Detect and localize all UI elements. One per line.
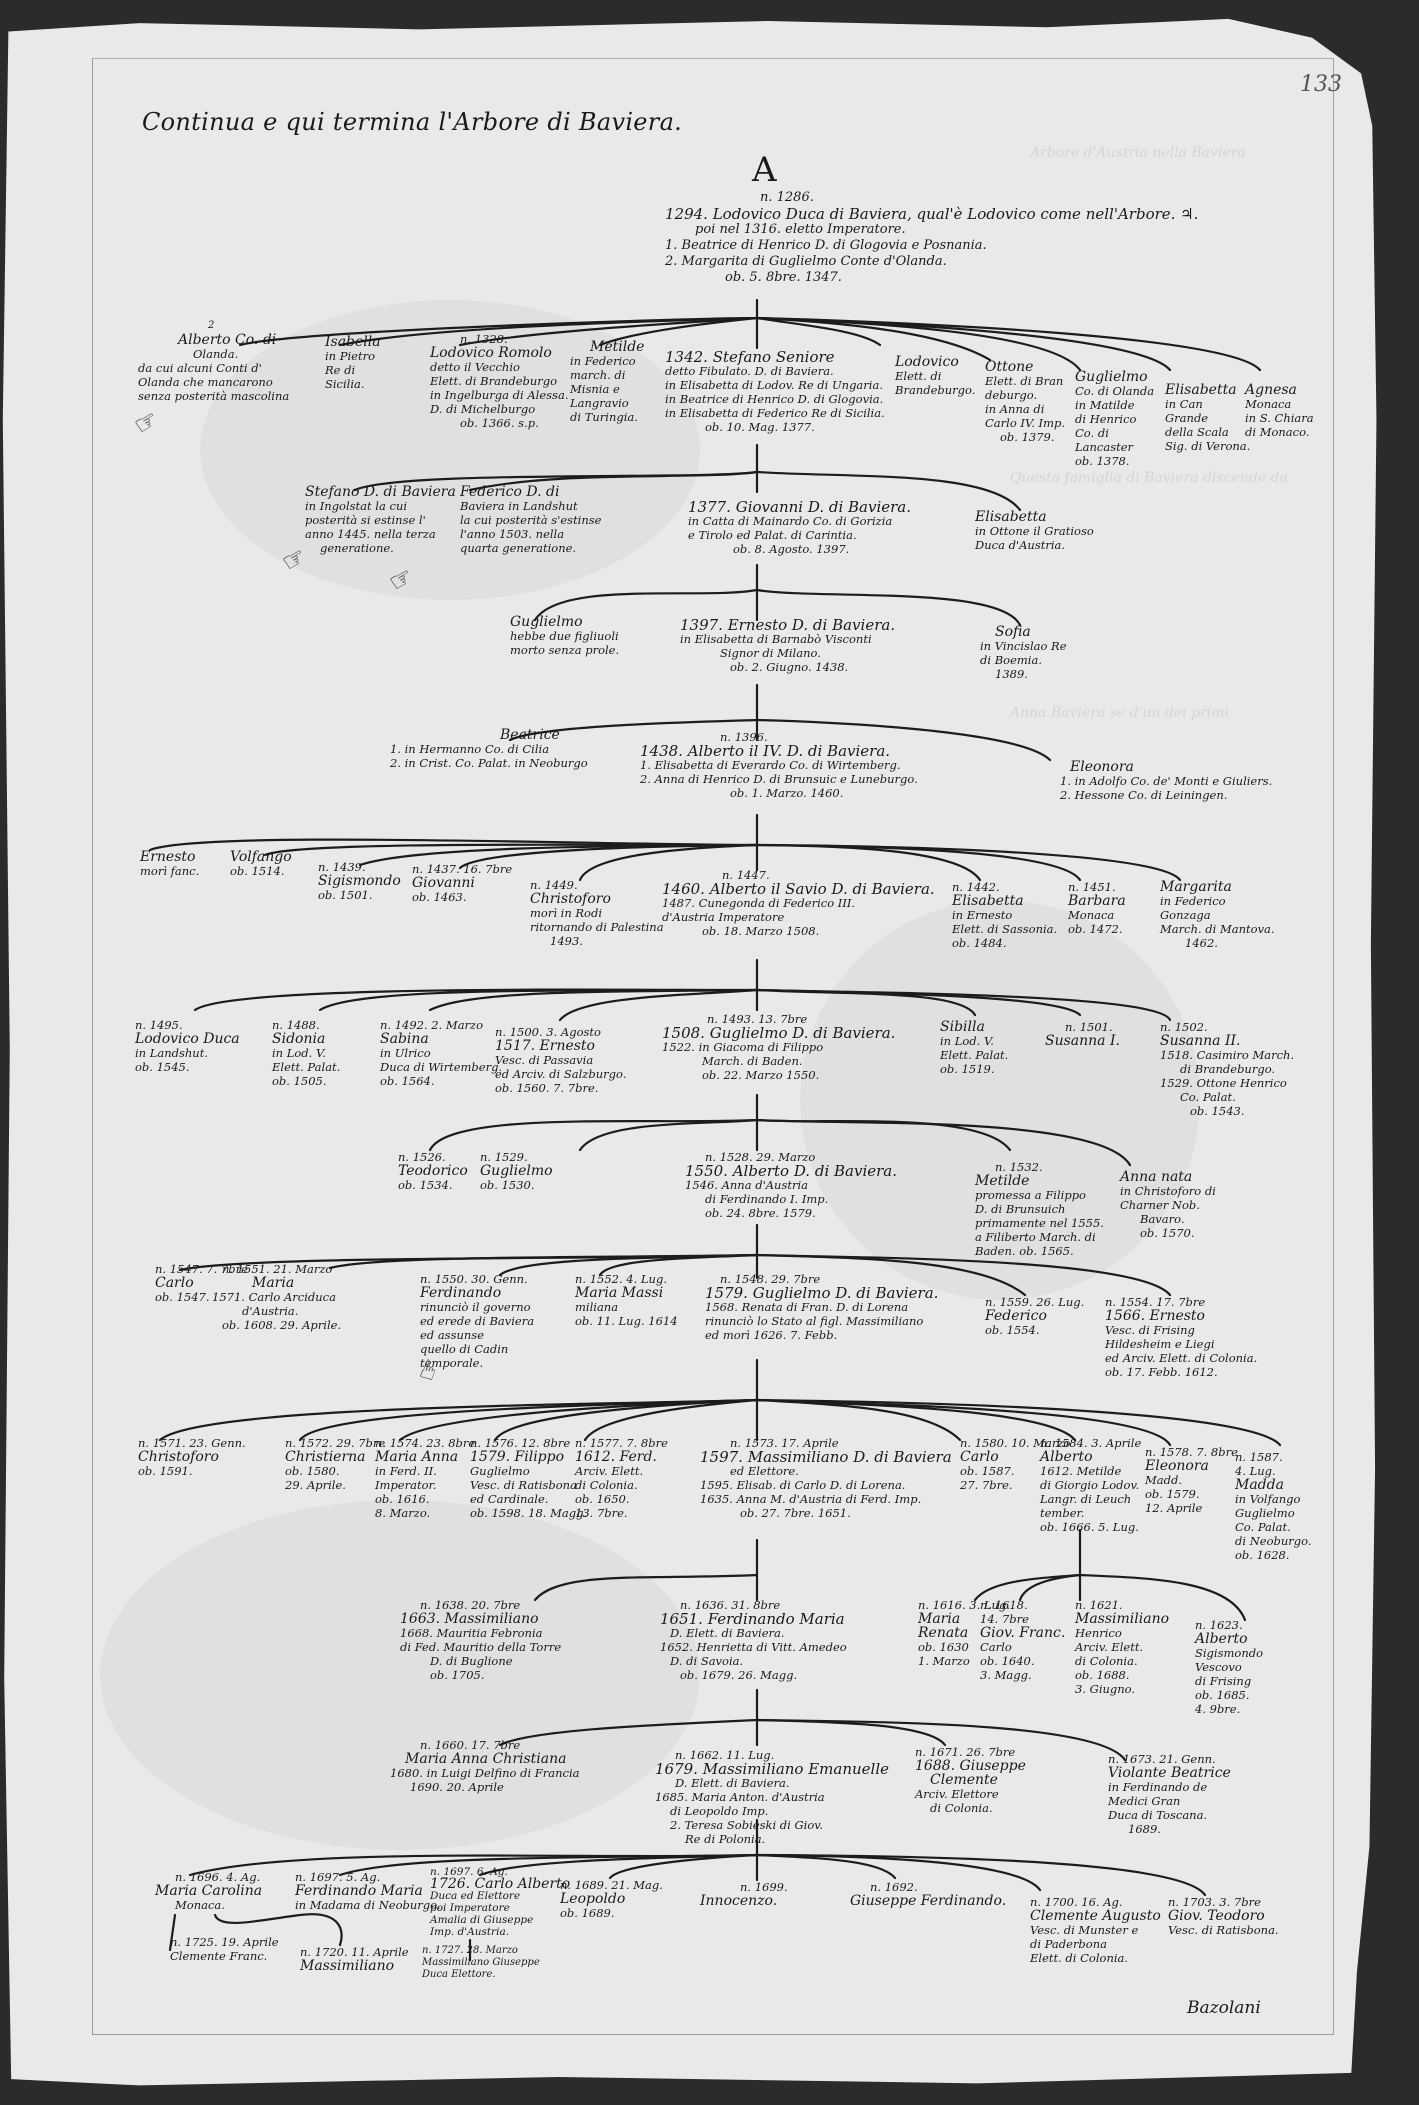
tree-node-christoforo: n. 1449. Christoforo morì in Rodi ritorn… — [530, 878, 664, 948]
tree-node-lodovico-brandeburgo: Lodovico Elett. di Brandeburgo. — [895, 355, 975, 397]
tree-node-susanna-i: n. 1501. Susanna I. — [1045, 1020, 1120, 1048]
tree-node-isabella: Isabella in Pietro Re di Sicilia. — [325, 335, 381, 391]
tree-node-ferdinando-maria: n. 1636. 31. 8bre 1651. Ferdinando Maria… — [660, 1598, 847, 1682]
tree-node-margarita: Margarita in Federico Gonzaga March. di … — [1160, 880, 1275, 950]
tree-node-maddalena-neoburgo: n. 1587. 4. Lug. Madda in Volfango Gugli… — [1235, 1450, 1312, 1562]
tree-node-massimiliano-1663: n. 1638. 20. 7bre 1663. Massimiliano 166… — [400, 1598, 561, 1682]
tree-node-giovanni-1463: n. 1437. 16. 7bre Giovanni ob. 1463. — [412, 862, 512, 904]
tree-node-anna-charner: Anna nata in Christoforo di Charner Nob.… — [1120, 1170, 1216, 1240]
tree-node-guglielmo-1529: n. 1529. Guglielmo ob. 1530. — [480, 1150, 553, 1192]
tree-node-alberto-sigismondo: n. 1623. Alberto Sigismondo Vescovo di F… — [1195, 1618, 1263, 1716]
tree-node-ferdinando-colonia: n. 1577. 7. 8bre 1612. Ferd. Arciv. Elet… — [575, 1436, 668, 1520]
tree-node-eleonora-maddalena: n. 1578. 7. 8bre Eleonora Madd. ob. 1579… — [1145, 1445, 1238, 1515]
tree-node-elisabetta-austria: Elisabetta in Ottone il Gratioso Duca d'… — [975, 510, 1094, 552]
tree-node-alberto-1584: n. 1584. 3. Aprile Alberto 1612. Metilde… — [1040, 1436, 1141, 1534]
tree-node-alberto-1550: n. 1528. 29. Marzo 1550. Alberto D. di B… — [685, 1150, 897, 1220]
tree-node-giov-teodoro: n. 1703. 3. 7bre Giov. Teodoro Vesc. di … — [1168, 1895, 1279, 1937]
tree-node-maria-1551: n. 1551. 21. Marzo Maria 1571. Carlo Arc… — [212, 1262, 341, 1332]
tree-node-sofia: Sofia in Vincislao Re di Boemia. 1389. — [980, 625, 1067, 681]
tree-node-ferdinando: n. 1550. 30. Genn. Ferdinando rinunciò i… — [420, 1272, 534, 1370]
tree-node-maria-anna: n. 1574. 23. 8bre Maria Anna in Ferd. II… — [375, 1436, 475, 1520]
tree-node-metilde: Metilde in Federico march. di Misnia e L… — [570, 340, 644, 424]
tree-node-giuseppe-clemente: n. 1671. 26. 7bre 1688. Giuseppe Clement… — [915, 1745, 1026, 1815]
tree-node-alberto-iv: n. 1396. 1438. Alberto il IV. D. di Bavi… — [640, 730, 918, 800]
tree-node-maria-massimiliana: n. 1552. 4. Lug. Maria Massi miliana ob.… — [575, 1272, 678, 1328]
tree-node-massimiliano-giuseppe: n. 1727. 28. Marzo Massimiliano Giuseppe… — [422, 1945, 540, 1981]
tree-node-elisabetta-scala: Elisabetta in Can Grande della Scala Sig… — [1165, 383, 1250, 453]
tree-node-massimiliano-1720: n. 1720. 11. Aprile Massimiliano — [300, 1945, 409, 1973]
tree-node-ottone: Ottone Elett. di Bran deburgo. in Anna d… — [985, 360, 1065, 444]
tree-node-guglielmo-olanda: Guglielmo Co. di Olanda in Matilde di He… — [1075, 370, 1154, 468]
tree-node-federico-1559: n. 1559. 26. Lug. Federico ob. 1554. — [985, 1295, 1084, 1337]
tree-node-giov-franc-carlo: n. 1618. 14. 7bre Giov. Franc. Carlo ob.… — [980, 1598, 1065, 1682]
tree-node-giovanni: 1377. Giovanni D. di Baviera. in Catta d… — [688, 500, 911, 556]
tree-node-massimiliano-henrico: n. 1621. Massimiliano Henrico Arciv. Ele… — [1075, 1598, 1169, 1696]
tree-node-clemente-augusto: n. 1700. 16. Ag. Clemente Augusto Vesc. … — [1030, 1895, 1161, 1965]
tree-node-sidonia: n. 1488. Sidonia in Lod. V. Elett. Palat… — [272, 1018, 340, 1088]
tree-node-ferdinando-maria-1697: n. 1697. 5. Ag. Ferdinando Maria in Mada… — [295, 1870, 441, 1912]
tree-node-sabina: n. 1492. 2. Marzo Sabina in Ulrico Duca … — [380, 1018, 502, 1088]
scribe-signature: Bazolani — [1187, 1998, 1261, 2018]
tree-node-christoforo-1571: n. 1571. 23. Genn. Christoforo ob. 1591. — [138, 1436, 246, 1478]
tree-node-maria-carolina: n. 1696. 4. Ag. Maria Carolina Monaca. — [155, 1870, 262, 1912]
tree-node-ernesto-colonia: n. 1554. 17. 7bre 1566. Ernesto Vesc. di… — [1105, 1295, 1257, 1379]
tree-node-massimiliano-1597: n. 1573. 17. Aprile 1597. Massimiliano D… — [700, 1436, 952, 1520]
tree-node-eleonora: Eleonora 1. in Adolfo Co. de' Monti e Gi… — [1060, 760, 1272, 802]
tree-node-carlo-alberto: n. 1697. 6. Ag. 1726. Carlo Alberto Duca… — [430, 1866, 570, 1938]
tree-node-ernesto: 1397. Ernesto D. di Baviera. in Elisabet… — [680, 618, 895, 674]
tree-node-guglielmo-1508: n. 1493. 13. 7bre 1508. Guglielmo D. di … — [662, 1012, 895, 1082]
tree-node-filippo-guglielmo: n. 1576. 12. 8bre 1579. Filippo Guglielm… — [470, 1436, 587, 1520]
tree-node-ernesto-passavia: n. 1500. 3. Agosto 1517. Ernesto Vesc. d… — [495, 1025, 626, 1095]
tree-node-lodovico-landshut: n. 1495. Lodovico Duca in Landshut. ob. … — [135, 1018, 240, 1074]
tree-node-maria-anna-christiana: n. 1660. 17. 7bre Maria Anna Christiana … — [390, 1738, 580, 1794]
tree-node-massimiliano-emanuelle: n. 1662. 11. Lug. 1679. Massimiliano Ema… — [655, 1748, 889, 1846]
tree-node-alberto-savio: n. 1447. 1460. Alberto il Savio D. di Ba… — [662, 868, 935, 938]
tree-node-guglielmo-1579: n. 1548. 29. 7bre 1579. Guglielmo D. di … — [705, 1272, 938, 1342]
tree-node-christierna: n. 1572. 29. 7bre Christierna ob. 1580. … — [285, 1436, 385, 1492]
tree-node-violante-beatrice: n. 1673. 21. Genn. Violante Beatrice in … — [1108, 1752, 1231, 1836]
tree-node-teodorico: n. 1526. Teodorico ob. 1534. — [398, 1150, 468, 1192]
tree-node-metilde-baden: n. 1532. Metilde promessa a Filippo D. d… — [975, 1160, 1104, 1258]
tree-node-ernesto-fanc: Ernesto morì fanc. — [140, 850, 199, 878]
tree-node-guglielmo: Guglielmo hebbe due figliuoli morto senz… — [510, 615, 619, 657]
tree-node-barbara: n. 1451. Barbara Monaca ob. 1472. — [1068, 880, 1126, 936]
tree-node-elisabetta-sassonia: n. 1442. Elisabetta in Ernesto Elett. di… — [952, 880, 1057, 950]
tree-node-innocenzo: n. 1699. Innocenzo. — [700, 1880, 788, 1908]
tree-node-susanna-ii: n. 1502. Susanna II. 1518. Casimiro Marc… — [1160, 1020, 1294, 1118]
tree-node-sibilla: Sibilla in Lod. V. Elett. Palat. ob. 151… — [940, 1020, 1008, 1076]
tree-node-clemente-franc: n. 1725. 19. Aprile Clemente Franc. — [170, 1935, 279, 1963]
tree-node-alberto-olanda: 2 Alberto Co. di Olanda. da cui alcuni C… — [138, 333, 289, 403]
tree-node-agnesa: Agnesa Monaca in S. Chiara di Monaco. — [1245, 383, 1314, 439]
tree-node-beatrice: Beatrice 1. in Hermanno Co. di Cilia 2. … — [390, 728, 588, 770]
manuscript-page: Arbore d'Austria nella Baviera Questa fa… — [0, 0, 1396, 2098]
tree-node-volfango: Volfango ob. 1514. — [230, 850, 292, 878]
tree-node-sigismondo: n. 1439. Sigismondo ob. 1501. — [318, 860, 401, 902]
tree-node-lodovico-romolo: n. 1328. Lodovico Romolo detto il Vecchi… — [430, 332, 568, 430]
tree-node-giuseppe-ferdinando: n. 1692. Giuseppe Ferdinando. — [850, 1880, 1006, 1908]
tree-node-federico-landshut: Federico D. di Baviera in Landshut la cu… — [460, 485, 601, 555]
tree-node-stefano-ingolstat: Stefano D. di Baviera in Ingolstat la cu… — [305, 485, 456, 555]
tree-node-stefano-seniore: 1342. Stefano Seniore detto Fibulato. D.… — [665, 350, 885, 434]
tree-node-leopoldo: n. 1689. 21. Mag. Leopoldo ob. 1689. — [560, 1878, 663, 1920]
